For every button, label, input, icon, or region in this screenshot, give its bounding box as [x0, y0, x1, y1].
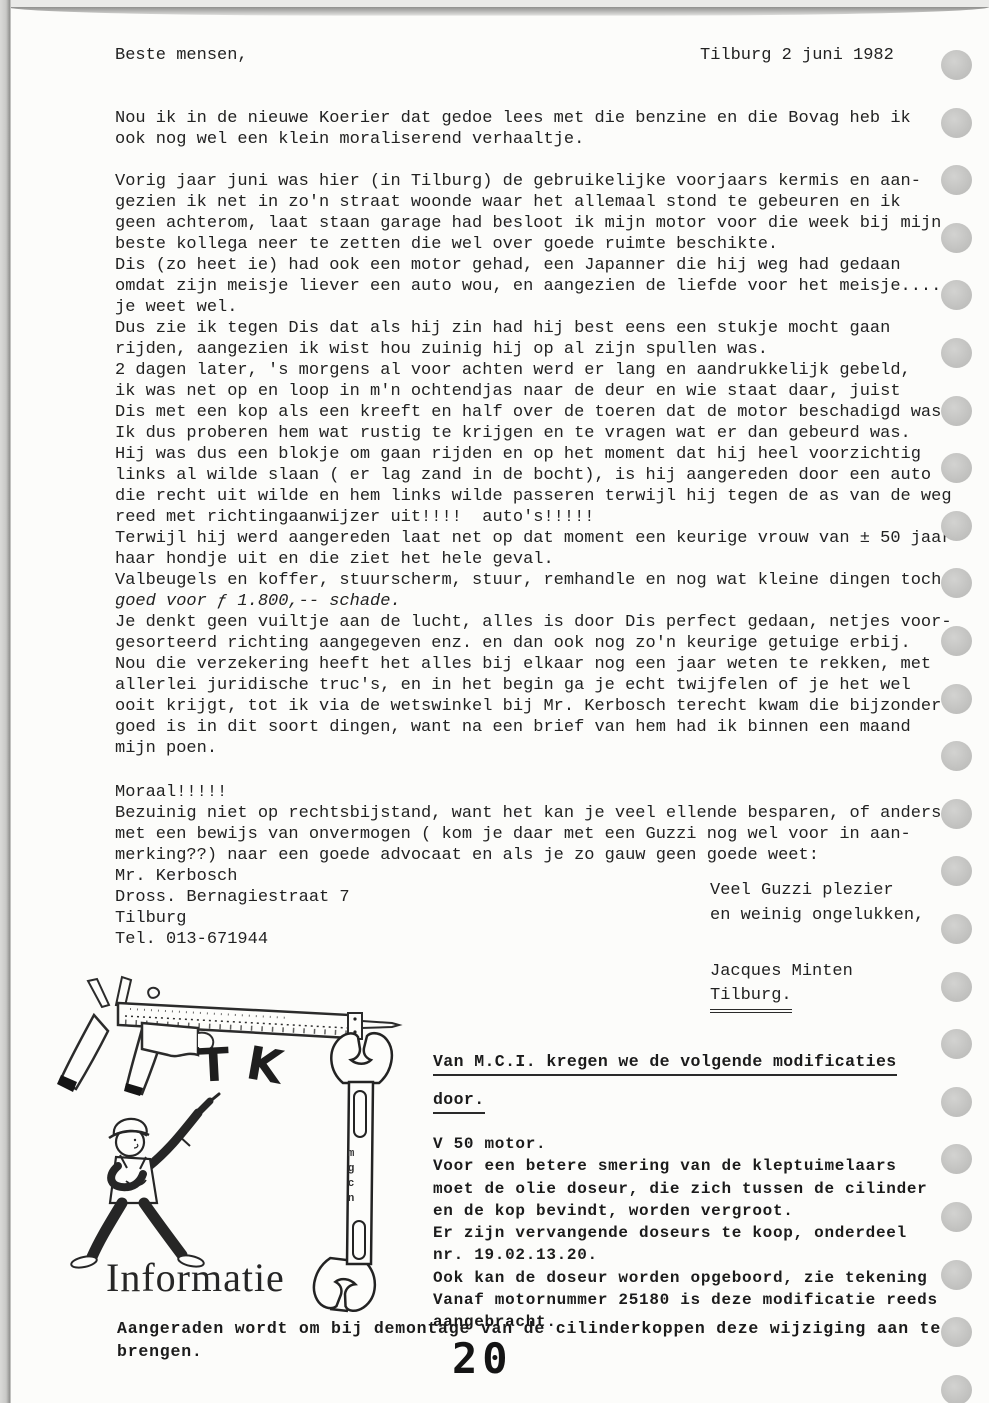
text-line: rijden, aangezien ik wist hou zuinig hij… — [115, 339, 962, 360]
binder-hole — [941, 1317, 972, 1347]
signature-name: Jacques Minten — [710, 960, 853, 984]
text-line: omdat zijn meisje liever een auto wou, e… — [115, 276, 962, 297]
text-line: goed voor ƒ 1.800,-- schade. — [115, 591, 962, 612]
binder-hole — [941, 1202, 972, 1232]
text-line: moet de olie doseur, die zich tussen de … — [433, 1178, 938, 1200]
binder-hole — [941, 856, 972, 886]
letter-body: Nou ik in de nieuwe Koerier dat gedoe le… — [115, 108, 962, 950]
binder-hole — [941, 223, 972, 253]
binder-hole — [941, 1144, 972, 1174]
text-line: Vorig jaar juni was hier (in Tilburg) de… — [115, 171, 962, 192]
text-line: Dus zie ik tegen Dis dat als hij zin had… — [115, 318, 962, 339]
binder-hole — [941, 626, 972, 656]
page-number: 20 — [452, 1334, 513, 1383]
modifications-heading: Van M.C.I. kregen we de volgende modific… — [433, 1050, 897, 1126]
text-line: Veel Guzzi plezier — [710, 878, 924, 903]
informatie-label: Informatie — [106, 1254, 285, 1301]
text-line: Van M.C.I. kregen we de volgende modific… — [433, 1050, 897, 1074]
binder-hole — [941, 1029, 972, 1059]
text-line: mijn poen. — [115, 738, 962, 759]
binder-hole — [941, 50, 972, 80]
text-line: Dis met een kop als een kreeft en half o… — [115, 402, 962, 423]
paragraph-story: Vorig jaar juni was hier (in Tilburg) de… — [115, 171, 962, 759]
wrench-letter: n — [348, 1193, 355, 1205]
text-line: die recht uit wilde en hem links wilde p… — [115, 486, 962, 507]
binder-hole — [941, 108, 972, 138]
binder-hole — [941, 396, 972, 426]
text-line: Ook kan de doseur worden opgeboord, zie … — [433, 1267, 938, 1289]
binder-hole — [941, 1260, 972, 1290]
binder-hole — [941, 741, 972, 771]
text-line: gesorteerd richting aangegeven enz. en d… — [115, 633, 962, 654]
text-line: V 50 motor. — [433, 1133, 938, 1155]
text-line: nr. 19.02.13.20. — [433, 1244, 938, 1266]
salutation: Beste mensen, — [115, 46, 248, 65]
binder-hole — [941, 914, 972, 944]
paragraph-moraal: Moraal!!!!!Bezuinig niet op rechtsbijsta… — [115, 782, 962, 866]
binder-hole — [941, 972, 972, 1002]
letter-k: K — [243, 1035, 287, 1094]
text-line: brengen. — [117, 1341, 941, 1364]
text-line: links al wilde slaan ( er lag zand in de… — [115, 465, 962, 486]
text-line: Nou die verzekering heeft het alles bij … — [115, 654, 962, 675]
binder-hole — [941, 1375, 972, 1403]
binder-hole — [941, 799, 972, 829]
text-line: Aangeraden wordt om bij demontage van de… — [117, 1318, 941, 1341]
text-line: Dis (zo heet ie) had ook een motor gehad… — [115, 255, 962, 276]
text-line: gezien ik net in zo'n straat woonde waar… — [115, 192, 962, 213]
text-line: Tel. 013-671944 — [115, 929, 962, 950]
text-line: beste kollega neer te zetten die wel ove… — [115, 234, 962, 255]
text-line: door. — [433, 1088, 897, 1112]
binder-hole — [941, 1087, 972, 1117]
signature-city: Tilburg. — [710, 984, 792, 1013]
text-line: Je denkt geen vuiltje aan de lucht, alle… — [115, 612, 962, 633]
text-line: haar hondje uit en die ziet het hele gev… — [115, 549, 962, 570]
mechanic-icon — [70, 1094, 219, 1270]
modifications-footer: Aangeraden wordt om bij demontage van de… — [117, 1318, 941, 1363]
text-line: Hij was dus een blokje om gaan rijden en… — [115, 444, 962, 465]
text-line: Terwijl hij werd aangereden laat net op … — [115, 528, 962, 549]
text-line: ik was net op en loop in m'n ochtendjas … — [115, 381, 962, 402]
text-line: Moraal!!!!! — [115, 782, 962, 803]
text-line: merking??) naar een goede advocaat en al… — [115, 845, 962, 866]
text-line: Ik dus proberen hem wat rustig te krijge… — [115, 423, 962, 444]
binder-hole — [941, 568, 972, 598]
page-top-shadow — [8, 7, 989, 16]
binder-hole — [941, 280, 972, 310]
dateline: Tilburg 2 juni 1982 — [700, 46, 894, 65]
page-left-edge — [0, 0, 11, 1403]
binder-hole — [941, 453, 972, 483]
binder-hole — [941, 511, 972, 541]
text-line: je weet wel. — [115, 297, 962, 318]
tk-monogram: TK — [198, 1038, 283, 1092]
text-line: ooit krijgt, tot ik via de wetswinkel bi… — [115, 696, 962, 717]
scanned-letter-page: Beste mensen, Tilburg 2 juni 1982 Nou ik… — [0, 0, 989, 1403]
text-line: en de kop bevindt, worden vergroot. — [433, 1200, 938, 1222]
text-line: 2 dagen later, 's morgens al voor achten… — [115, 360, 962, 381]
text-line: met een bewijs van onvermogen ( kom je d… — [115, 824, 962, 845]
binder-hole — [941, 165, 972, 195]
page-top-edge — [8, 0, 989, 7]
text-line: ook nog wel een klein moraliserend verha… — [115, 129, 962, 150]
text-line: allerlei juridische truc's, en in het be… — [115, 675, 962, 696]
text-line: Voor een betere smering van de kleptuime… — [433, 1155, 938, 1177]
wrench-engraving: m g c n — [344, 1148, 358, 1205]
wrench-letter: c — [348, 1178, 355, 1190]
text-line: Vanaf motornummer 25180 is deze modifica… — [433, 1289, 938, 1311]
closing-wishes: Veel Guzzi plezieren weinig ongelukken, — [710, 878, 924, 928]
modifications-body: V 50 motor.Voor een betere smering van d… — [433, 1133, 938, 1334]
paragraph-intro: Nou ik in de nieuwe Koerier dat gedoe le… — [115, 108, 962, 150]
text-line: geen achterom, laat staan garage had bes… — [115, 213, 962, 234]
wrench-letter: m — [348, 1148, 355, 1160]
signature-block: Jacques Minten Tilburg. — [710, 960, 853, 1013]
text-line: reed met richtingaanwijzer uit!!!! auto'… — [115, 507, 962, 528]
text-line: goed is in dit soort dingen, want na een… — [115, 717, 962, 738]
letter-t: T — [197, 1037, 231, 1093]
binder-hole — [941, 684, 972, 714]
wrench-letter: g — [348, 1163, 355, 1175]
text-line: Er zijn vervangende doseurs te koop, ond… — [433, 1222, 938, 1244]
text-line: en weinig ongelukken, — [710, 903, 924, 928]
binder-hole — [941, 338, 972, 368]
text-line: Valbeugels en koffer, stuurscherm, stuur… — [115, 570, 962, 591]
text-line: Bezuinig niet op rechtsbijstand, want he… — [115, 803, 962, 824]
text-line: Nou ik in de nieuwe Koerier dat gedoe le… — [115, 108, 962, 129]
